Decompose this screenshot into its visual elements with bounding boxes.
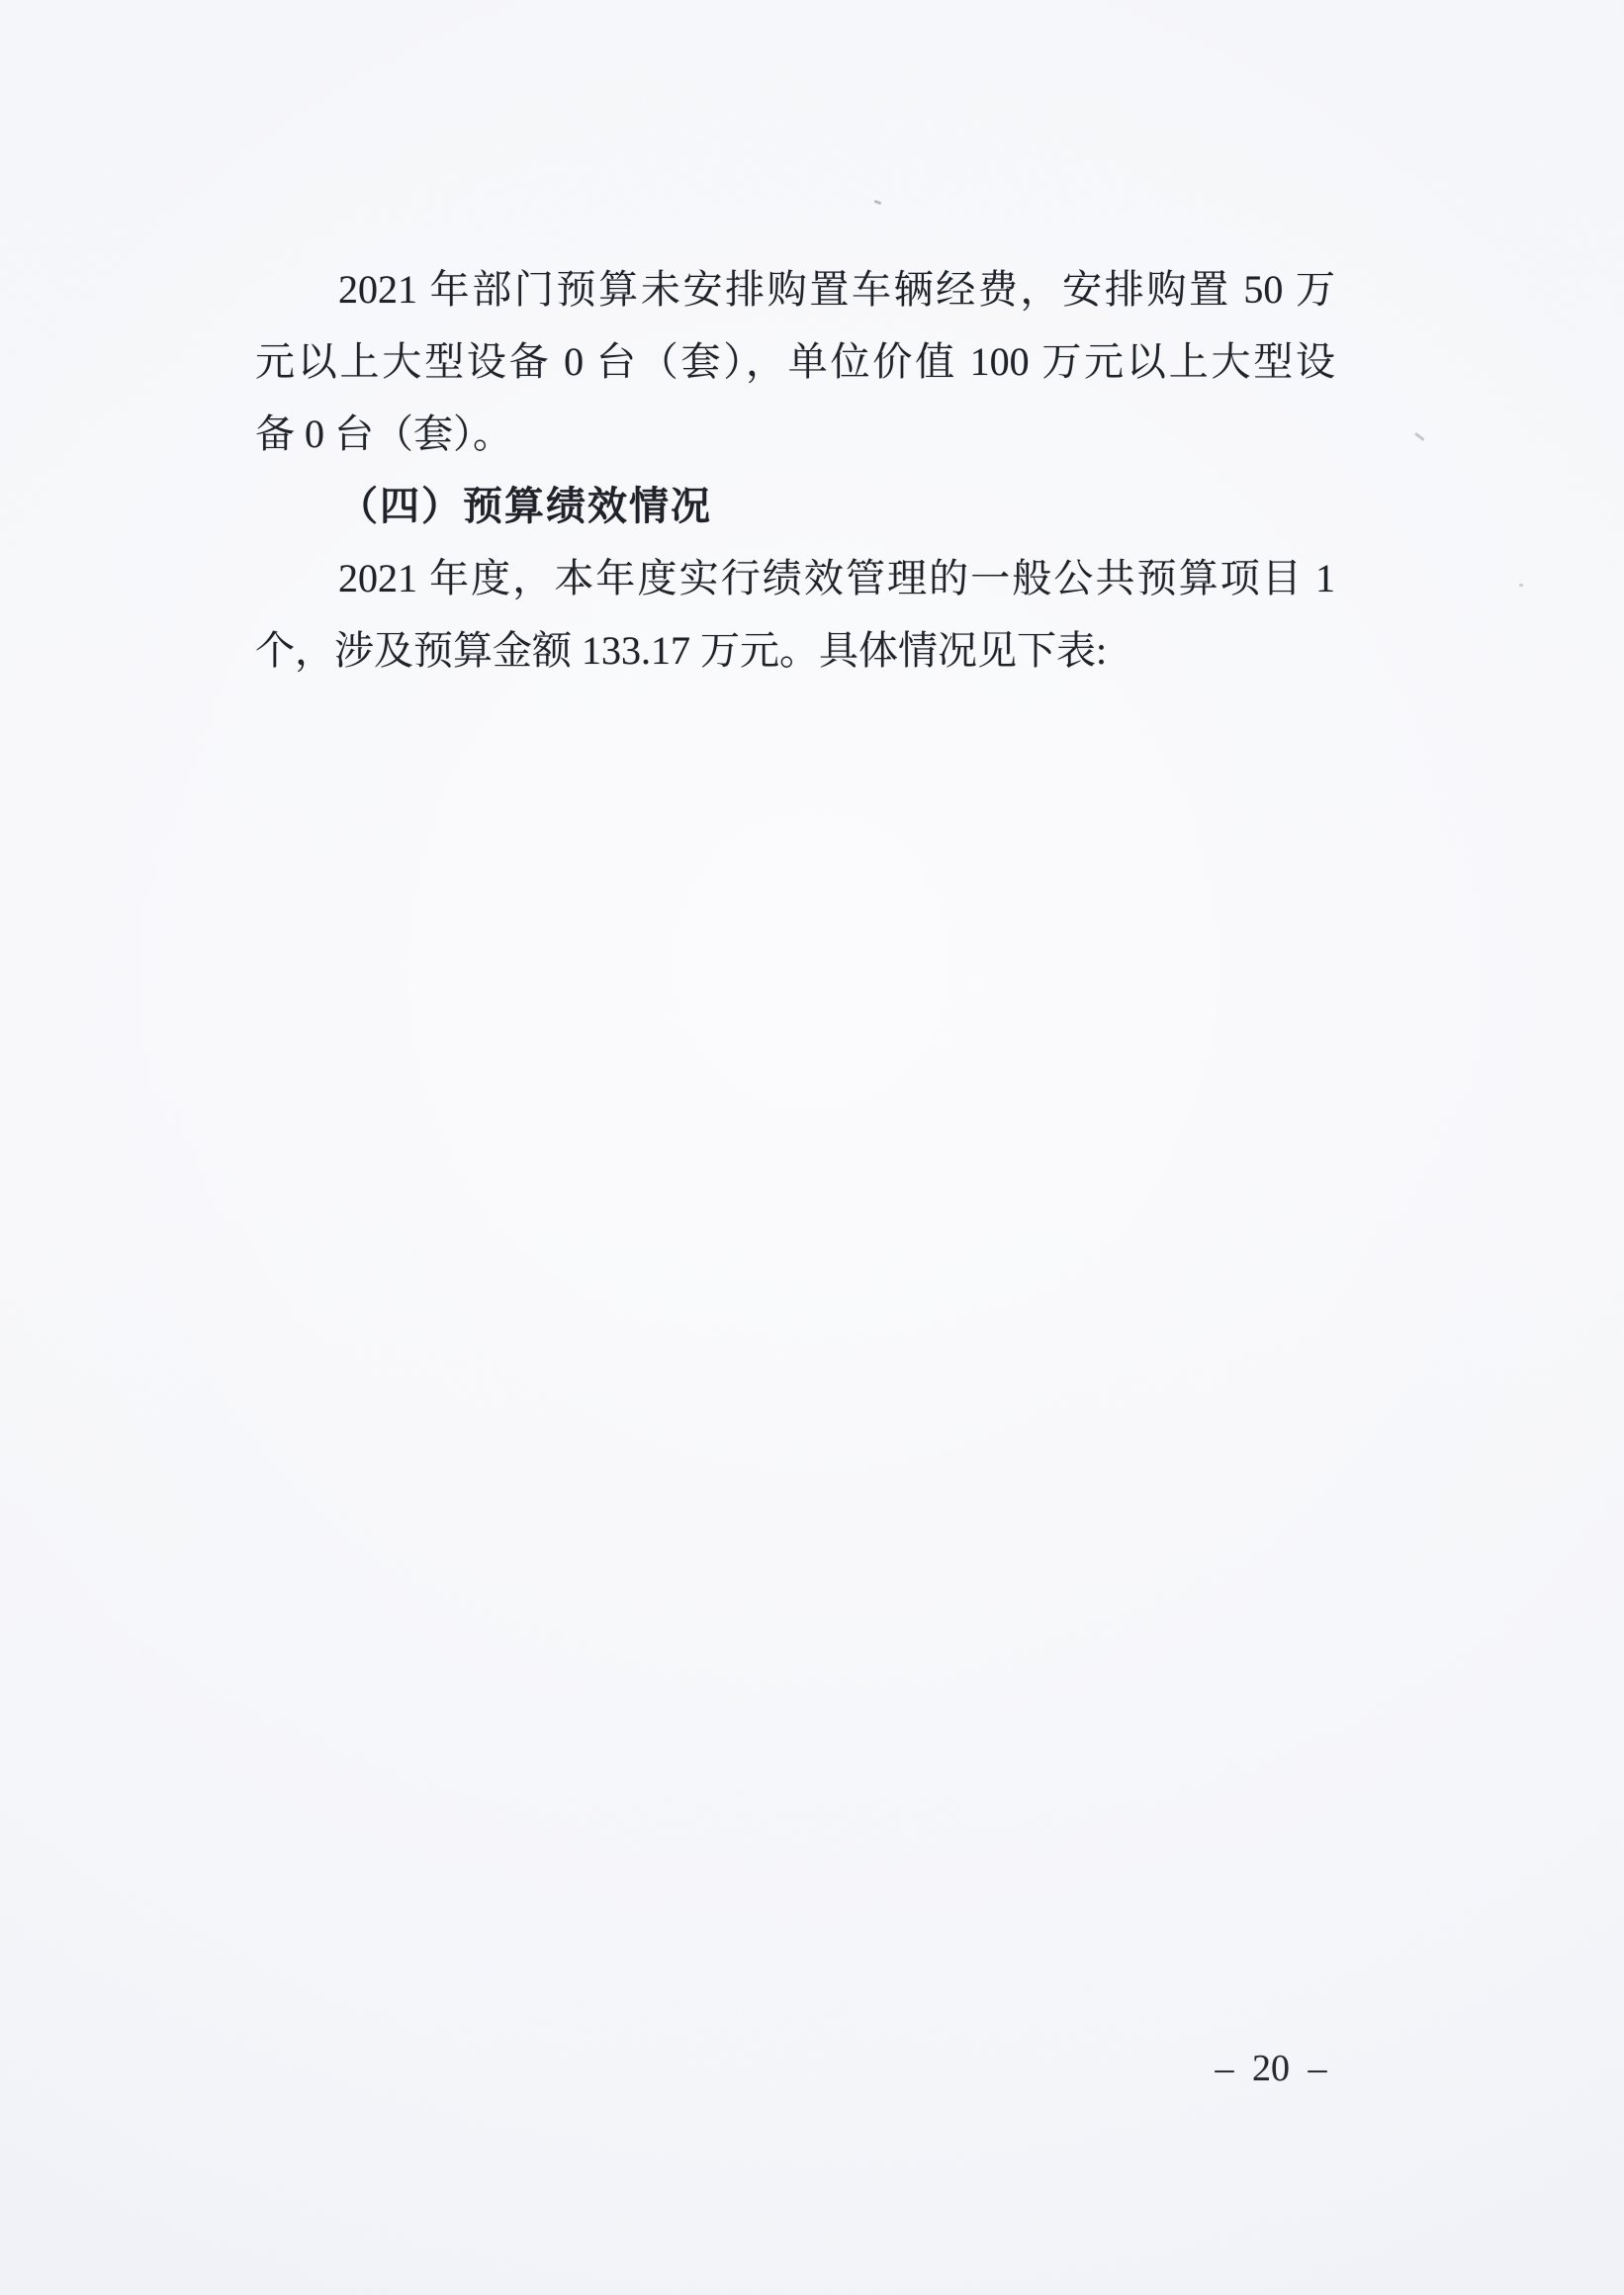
paragraph2-line1: 2021 年度，本年度实行绩效管理的一般公共预算项目 1 <box>255 542 1335 614</box>
section-heading: （四）预算绩效情况 <box>255 470 1335 542</box>
document-body: 2021 年部门预算未安排购置车辆经费，安排购置 50 万 元以上大型设备 0 … <box>255 253 1335 687</box>
paragraph1-line2: 元以上大型设备 0 台（套），单位价值 100 万元以上大型设 <box>255 325 1335 398</box>
paragraph2-line2: 个，涉及预算金额 133.17 万元。具体情况见下表: <box>255 614 1335 687</box>
paragraph1-line3: 备 0 台（套）。 <box>255 398 1335 470</box>
scan-speck <box>874 200 882 205</box>
page-number: – 20 – <box>1197 2046 1345 2091</box>
document-page: 2021 年部门预算未安排购置车辆经费，安排购置 50 万 元以上大型设备 0 … <box>0 0 1624 2295</box>
paragraph1-line1: 2021 年部门预算未安排购置车辆经费，安排购置 50 万 <box>255 253 1335 325</box>
scan-speck <box>1519 584 1523 587</box>
scan-speck <box>1414 432 1424 441</box>
